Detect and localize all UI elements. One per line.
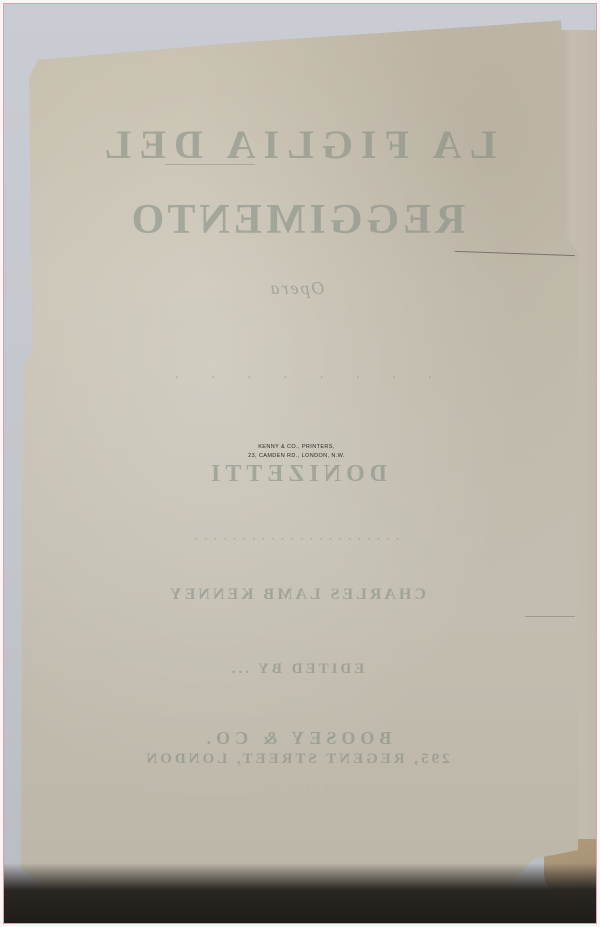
page-crease [455, 251, 575, 256]
show-through-line8: EDITED BY ... [15, 661, 578, 678]
show-through-publisher: BOOSEY & CO. [15, 728, 578, 749]
show-through-title-line2: REGGIMENTO [15, 196, 578, 244]
page-crease [165, 164, 255, 165]
photo-frame: LA FIGLIA DEL REGGIMENTO Opera · · · · ·… [3, 3, 597, 924]
document-page: LA FIGLIA DEL REGGIMENTO Opera · · · · ·… [15, 16, 578, 894]
show-through-title-line1: LA FIGLIA DEL [15, 121, 578, 168]
show-through-line7: CHARLES LAMB KENNEY [15, 586, 578, 604]
table-shadow [4, 863, 596, 923]
printer-imprint-line1: KENNY & CO., PRINTERS, [15, 443, 578, 452]
show-through-line4: · · · · · · · · [15, 371, 578, 387]
show-through-address: 295, REGENT STREET, LONDON [15, 751, 578, 768]
show-through-footer: · · · · · · [15, 781, 578, 793]
show-through-subtitle: Opera [15, 278, 578, 299]
show-through-line6: · · · · · · · · · · · · · · · · · · · · … [15, 531, 578, 547]
page-crease [525, 616, 575, 617]
printer-imprint: KENNY & CO., PRINTERS, 23, CAMDEN RD., L… [15, 443, 578, 461]
printer-imprint-line2: 23, CAMDEN RD., LONDON, N.W. [15, 452, 578, 461]
show-through-composer: DONIZETTI [15, 461, 578, 488]
